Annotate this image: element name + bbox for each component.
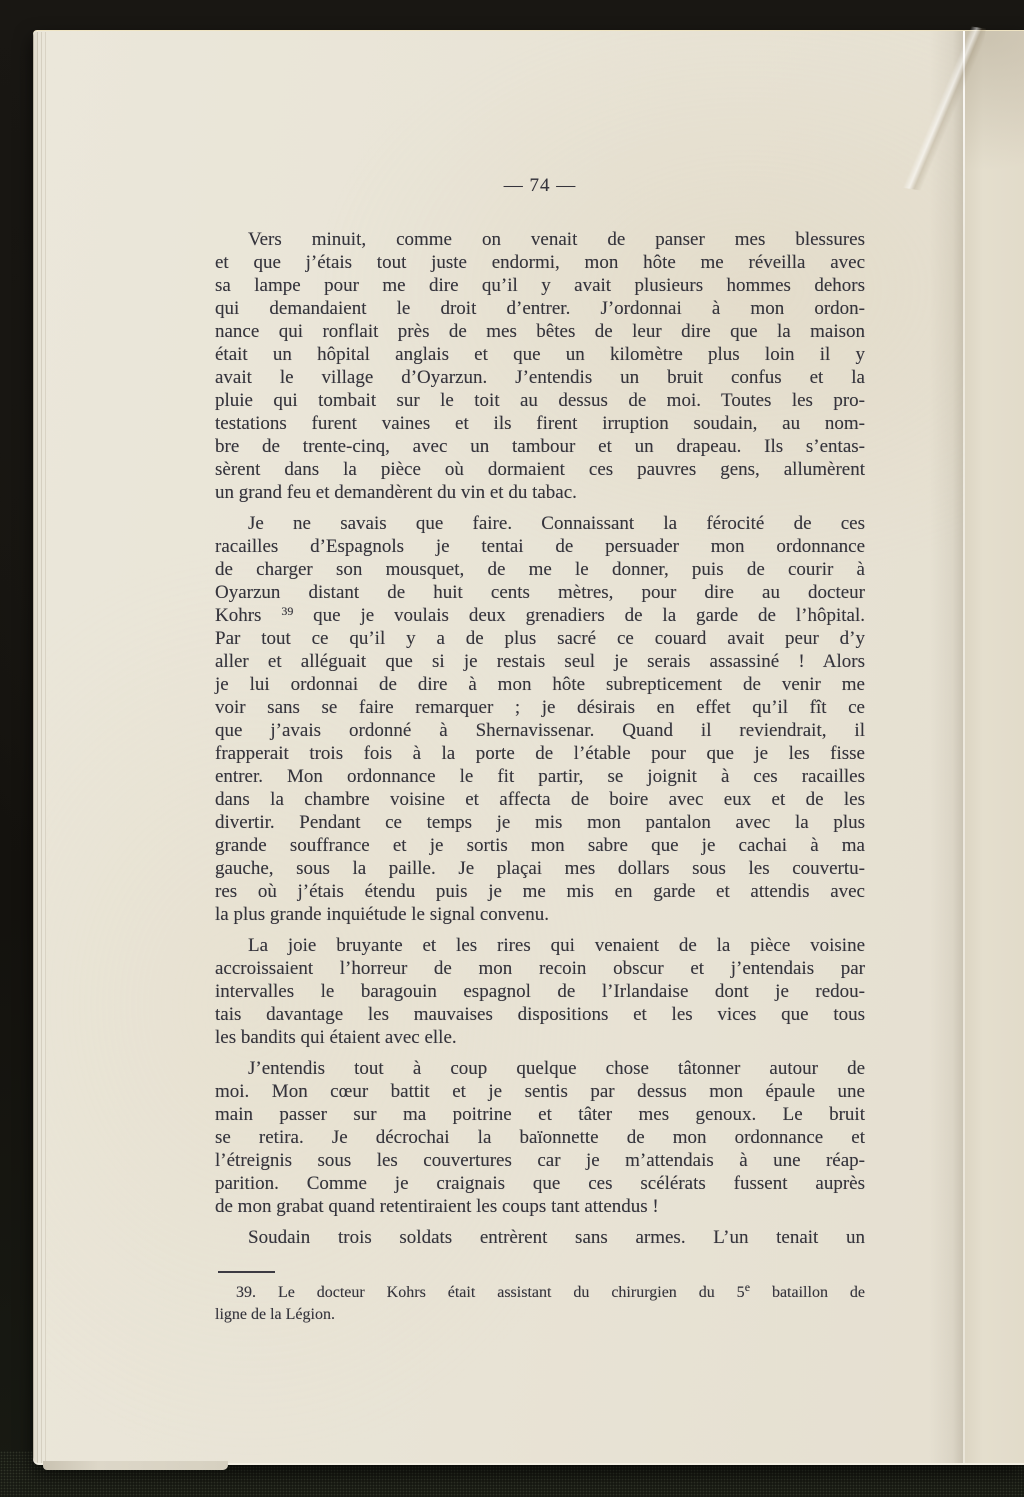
text-line: grande souffrance et je sortis mon sabre… [215,834,865,857]
page-crease-highlight [963,31,965,1463]
paragraph: Vers minuit, comme on venait de panser m… [215,228,865,504]
text-line: la plus grande inquiétude le signal conv… [215,903,865,926]
paragraph: Je ne savais que faire. Connaissant la f… [215,512,865,926]
text-line: je lui ordonnai de dire à mon hôte subre… [215,673,865,696]
text-line: et que j’étais tout juste endormi, mon h… [215,251,865,274]
text-line: Kohrs 39 que je voulais deux grenadiers … [215,604,865,627]
text-line: racailles d’Espagnols je tentai de persu… [215,535,865,558]
text-line: Je ne savais que faire. Connaissant la f… [215,512,865,535]
text-line: frapperait trois fois à la porte de l’ét… [215,742,865,765]
text-line: se retira. Je décrochai la baïonnette de… [215,1126,865,1149]
text-line: ligne de la Légion. [215,1304,865,1326]
text-line: testations furent vaines et ils firent i… [215,412,865,435]
text-line: aller et alléguait que si je restais seu… [215,650,865,673]
text-line: accroissaient l’horreur de mon recoin ob… [215,957,865,980]
paragraph: La joie bruyante et les rires qui venaie… [215,934,865,1049]
superscript-reference: 39 [281,604,293,618]
text-line: Soudain trois soldats entrèrent sans arm… [215,1226,865,1249]
page-stack-edges [33,32,49,1463]
text-line: res où j’étais étendu puis je me mis en … [215,880,865,903]
text-line: parition. Comme je craignais que ces scé… [215,1172,865,1195]
text-line: qui demandaient le droit d’entrer. J’ord… [215,297,865,320]
text-line: sèrent dans la pièce où dormaient ces pa… [215,458,865,481]
text-line: bre de trente-cinq, avec un tambour et u… [215,435,865,458]
text-line: de mon grabat quand retentiraient les co… [215,1195,865,1218]
text-line: les bandits qui étaient avec elle. [215,1026,865,1049]
text-line: Vers minuit, comme on venait de panser m… [215,228,865,251]
text-line: main passer sur ma poitrine et tâter mes… [215,1103,865,1126]
page-gutter-region [965,31,1024,1463]
underlying-page-edge [43,1461,228,1470]
superscript-reference: e [745,1280,750,1294]
text-line: La joie bruyante et les rires qui venaie… [215,934,865,957]
text-line: de charger son mousquet, de me le donner… [215,558,865,581]
text-line: intervalles le baragouin espagnol de l’I… [215,980,865,1003]
spine-fold-shadow [929,31,963,1463]
text-line: voir sans se faire remarquer ; je désira… [215,696,865,719]
text-line: gauche, sous la paille. Je plaçai mes do… [215,857,865,880]
text-line: J’entendis tout à coup quelque chose tât… [215,1057,865,1080]
text-line: Par tout ce qu’il y a de plus sacré ce c… [215,627,865,650]
text-line: tais davantage les mauvaises disposition… [215,1003,865,1026]
text-line: 39. Le docteur Kohrs était assistant du … [215,1282,865,1304]
text-line: divertir. Pendant ce temps je mis mon pa… [215,811,865,834]
text-line: nance qui ronflait près de mes bêtes de … [215,320,865,343]
text-line: avait le village d’Oyarzun. J’entendis u… [215,366,865,389]
text-line: dans la chambre voisine et affecta de bo… [215,788,865,811]
footnote: 39. Le docteur Kohrs était assistant du … [215,1271,865,1326]
text-line: moi. Mon cœur battit et je sentis par de… [215,1080,865,1103]
text-line: un grand feu et demandèrent du vin et du… [215,481,865,504]
text-line: sa lampe pour me dire qu’il y avait plus… [215,274,865,297]
text-line: que j’avais ordonné à Shernavissenar. Qu… [215,719,865,742]
text-line: pluie qui tombait sur le toit au dessus … [215,389,865,412]
book-page: — 74 — Vers minuit, comme on venait de p… [33,30,1024,1465]
text-line: l’étreignis sous les couvertures car je … [215,1149,865,1172]
footnote-lines: 39. Le docteur Kohrs était assistant du … [215,1282,865,1326]
paragraph: J’entendis tout à coup quelque chose tât… [215,1057,865,1218]
page-number: — 74 — [215,174,865,197]
text-line: était un hôpital anglais et que un kilom… [215,343,865,366]
text-line: entrer. Mon ordonnance le fit partir, se… [215,765,865,788]
paragraphs: Vers minuit, comme on venait de panser m… [215,228,865,1249]
text-line: Oyarzun distant de huit cents mètres, po… [215,581,865,604]
footnote-rule [218,1271,275,1273]
paragraph: Soudain trois soldats entrèrent sans arm… [215,1226,865,1249]
text-block: — 74 — Vers minuit, comme on venait de p… [215,174,865,1326]
